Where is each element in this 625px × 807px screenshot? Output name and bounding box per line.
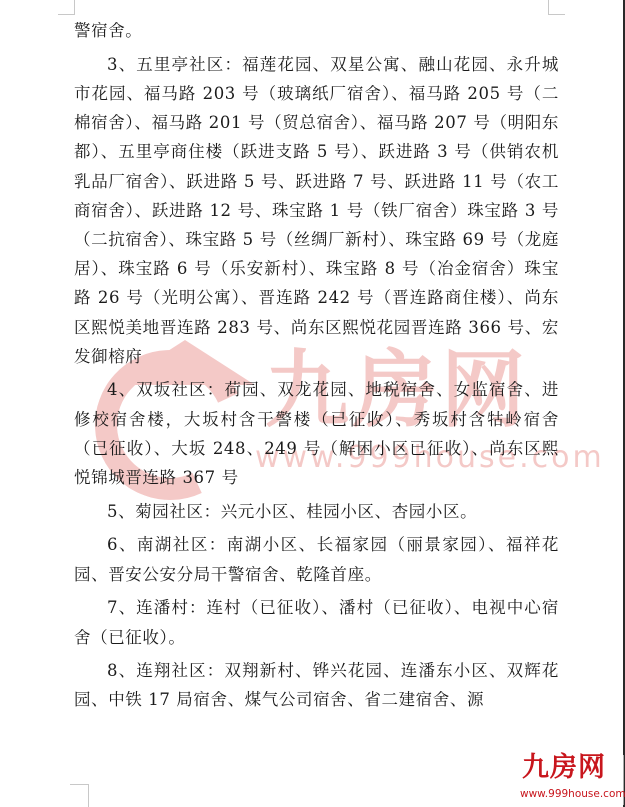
paragraph-wulting-community: 3、五里亭社区：福莲花园、双星公寓、融山花园、永升城市花园、福马路 203 号（… [74,50,559,371]
page-corner-mark-top-right [548,0,565,15]
paragraph-shuangban-community: 4、双坂社区：荷园、双龙花园、地税宿舍、女监宿舍、进修校宿舍楼，大坂村含干警楼（… [74,375,559,492]
paragraph-lianxiang-community: 8、连翔社区：双翔新村、铧兴花园、连潘东小区、双辉花园、中铁 17 局宿舍、煤气… [74,656,559,714]
document-body: 警宿舍。 3、五里亭社区：福莲花园、双星公寓、融山花园、永升城市花园、福马路 2… [74,16,559,719]
page-corner-mark-bottom-left [70,784,89,807]
corner-watermark-brand: 九房网 [522,751,606,785]
paragraph-nanhu-community: 6、南湖社区：南湖小区、长福家园（丽景家园）、福祥花园、晋安公安分局干警宿舍、乾… [74,530,559,588]
paragraph-lianpan-village: 7、连潘村：连村（已征收）、潘村（已征收）、电视中心宿舍（已征收）。 [74,593,559,651]
corner-watermark-url: www.999house.com [520,788,625,800]
corner-watermark: 九房网 www.999house.com [520,755,624,805]
paragraph-juyuan-community: 5、菊园社区：兴元小区、桂园小区、杏园小区。 [74,497,559,526]
page-corner-mark-top-left [58,0,75,15]
paragraph-continuation: 警宿舍。 [74,16,559,45]
